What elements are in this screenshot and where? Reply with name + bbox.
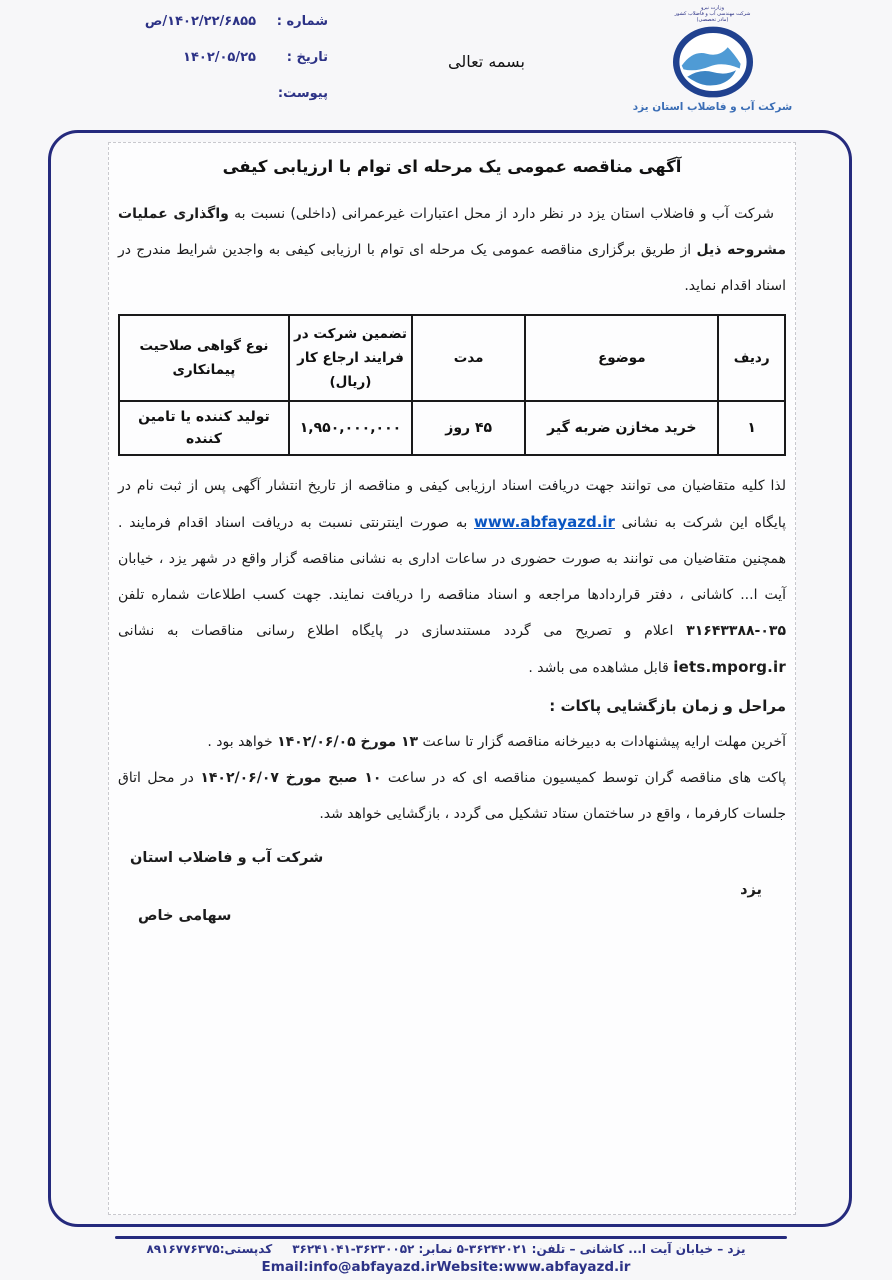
signature-company: شرکت آب و فاضلاب استان bbox=[130, 840, 323, 876]
deadline-text-1: آخرین مهلت ارایه پیشنهادات به دبیرخانه م… bbox=[418, 734, 786, 750]
intro-paragraph: شرکت آب و فاضلاب استان یزد در نظر دارد ا… bbox=[118, 196, 786, 304]
letter-number-label: شماره : bbox=[266, 14, 328, 29]
opening-section-heading: مراحل و زمان بازگشایی پاکات : bbox=[118, 688, 786, 724]
iets-portal-address: iets.mporg.ir bbox=[673, 658, 786, 676]
logo-ministry-line3: (مادر تخصصی) bbox=[697, 17, 729, 23]
letter-date-value: ۱۴۰۲/۰۵/۲۵ bbox=[183, 50, 256, 65]
opening-datetime: ۱۰ صبح مورخ ۱۴۰۲/۰۶/۰۷ bbox=[200, 770, 381, 786]
footer-address-line: یزد – خیابان آیت ا... کاشانی – تلفن: ۵-۳… bbox=[50, 1242, 842, 1256]
body-paragraph: لذا کلیه متقاضیان می توانند جهت دریافت ا… bbox=[118, 468, 786, 686]
cell-guarantee: ۱,۹۵۰,۰۰۰,۰۰۰ bbox=[289, 401, 412, 455]
cell-row-number: ۱ bbox=[718, 401, 785, 455]
letter-attachment-label: پیوست: bbox=[266, 86, 328, 101]
signature-block: شرکت آب و فاضلاب استان یزد سهامی خاص bbox=[118, 840, 786, 935]
signature-city: یزد bbox=[740, 872, 762, 908]
letter-number-row: شماره : ۱۴۰۲/۲۲/۶۸۵۵/ص bbox=[78, 14, 328, 50]
intro-text-1: شرکت آب و فاضلاب استان یزد در نظر دارد ا… bbox=[229, 206, 774, 222]
cell-certificate: تولید کننده یا تامین کننده bbox=[119, 401, 289, 455]
tender-table: ردیف موضوع مدت تضمین شرکت در فرایند ارجا… bbox=[118, 314, 786, 456]
notice-title: آگهی مناقصه عمومی یک مرحله ای توام با ار… bbox=[118, 152, 786, 182]
header-duration: مدت bbox=[412, 315, 525, 401]
scanned-tender-letter: { "colors": { "frame_navy": "#252a7d", "… bbox=[0, 0, 892, 1280]
letter-date-label: تاریخ : bbox=[266, 50, 328, 65]
signature-company-type: سهامی خاص bbox=[138, 898, 231, 934]
cell-subject: خرید مخازن ضربه گیر bbox=[525, 401, 718, 455]
opening-text-1: پاکت های مناقصه گران توسط کمیسیون مناقصه… bbox=[381, 770, 786, 786]
header-guarantee-line1: تضمین شرکت در bbox=[294, 322, 407, 346]
letter-date-row: تاریخ : ۱۴۰۲/۰۵/۲۵ bbox=[78, 50, 328, 86]
guarantee-amount: ۱,۹۵۰,۰۰۰,۰۰۰ bbox=[300, 420, 401, 436]
body-text-4: قابل مشاهده می باشد . bbox=[528, 660, 673, 676]
header-row-number: ردیف bbox=[718, 315, 785, 401]
besmellah-text: بسمه تعالی bbox=[448, 52, 525, 71]
header-certificate: نوع گواهی صلاحیت پیمانکاری bbox=[119, 315, 289, 401]
intro-text-2: از طریق برگزاری مناقصه عمومی یک مرحله ای… bbox=[118, 242, 786, 294]
header-subject: موضوع bbox=[525, 315, 718, 401]
deadline-text-2: خواهد بود . bbox=[207, 734, 277, 750]
header-guarantee-line3: (ریال) bbox=[294, 370, 407, 394]
footer-postal-code: کدپستی:۸۹۱۶۷۷۶۳۷۵ bbox=[146, 1242, 272, 1256]
company-website-link[interactable]: www.abfayazd.ir bbox=[474, 513, 615, 531]
letterhead-reference-block: شماره : ۱۴۰۲/۲۲/۶۸۵۵/ص تاریخ : ۱۴۰۲/۰۵/۲… bbox=[78, 14, 328, 122]
water-waves-icon bbox=[667, 25, 759, 99]
footer-fax-number: ۳۶۲۴۱۰۴۱-۳۶۲۳۰۰۵۲ bbox=[292, 1242, 414, 1256]
footer-phone-number: ۵-۳۶۲۴۲۰۲۱ bbox=[457, 1242, 528, 1256]
company-logo: وزارت نیرو شرکت مهندسی آب و فاضلاب کشور … bbox=[645, 5, 780, 113]
table-row: ۱ خرید مخازن ضربه گیر ۴۵ روز ۱,۹۵۰,۰۰۰,۰… bbox=[119, 401, 785, 455]
letter-body: آگهی مناقصه عمومی یک مرحله ای توام با ار… bbox=[118, 152, 786, 935]
info-phone-number: ۳۱۶۴۳۳۸۸-۰۳۵ bbox=[686, 623, 786, 639]
deadline-datetime: ۱۳ مورخ ۱۴۰۲/۰۶/۰۵ bbox=[277, 734, 418, 750]
header-guarantee-line2: فرایند ارجاع کار bbox=[294, 346, 407, 370]
logo-company-name: شرکت آب و فاضلاب استان یزد bbox=[633, 101, 793, 113]
letter-number-value: ۱۴۰۲/۲۲/۶۸۵۵/ص bbox=[145, 14, 256, 29]
tender-table-header-row: ردیف موضوع مدت تضمین شرکت در فرایند ارجا… bbox=[119, 315, 785, 401]
cell-duration: ۴۵ روز bbox=[412, 401, 525, 455]
footer-email-website: Email:info@abfayazd.irWebsite:www.abfaya… bbox=[50, 1259, 842, 1275]
deadline-paragraph: آخرین مهلت ارایه پیشنهادات به دبیرخانه م… bbox=[118, 724, 786, 760]
header-guarantee: تضمین شرکت در فرایند ارجاع کار (ریال) bbox=[289, 315, 412, 401]
footer-fax-label: نمابر: bbox=[414, 1242, 456, 1256]
footer-divider-line bbox=[115, 1236, 787, 1239]
footer-address-text: یزد – خیابان آیت ا... کاشانی – تلفن: bbox=[527, 1242, 745, 1256]
letter-attachment-row: پیوست: bbox=[78, 86, 328, 122]
body-text-3: اعلام و تصریح می گردد مستندسازی در پایگا… bbox=[118, 623, 686, 639]
envelope-opening-paragraph: پاکت های مناقصه گران توسط کمیسیون مناقصه… bbox=[118, 760, 786, 832]
